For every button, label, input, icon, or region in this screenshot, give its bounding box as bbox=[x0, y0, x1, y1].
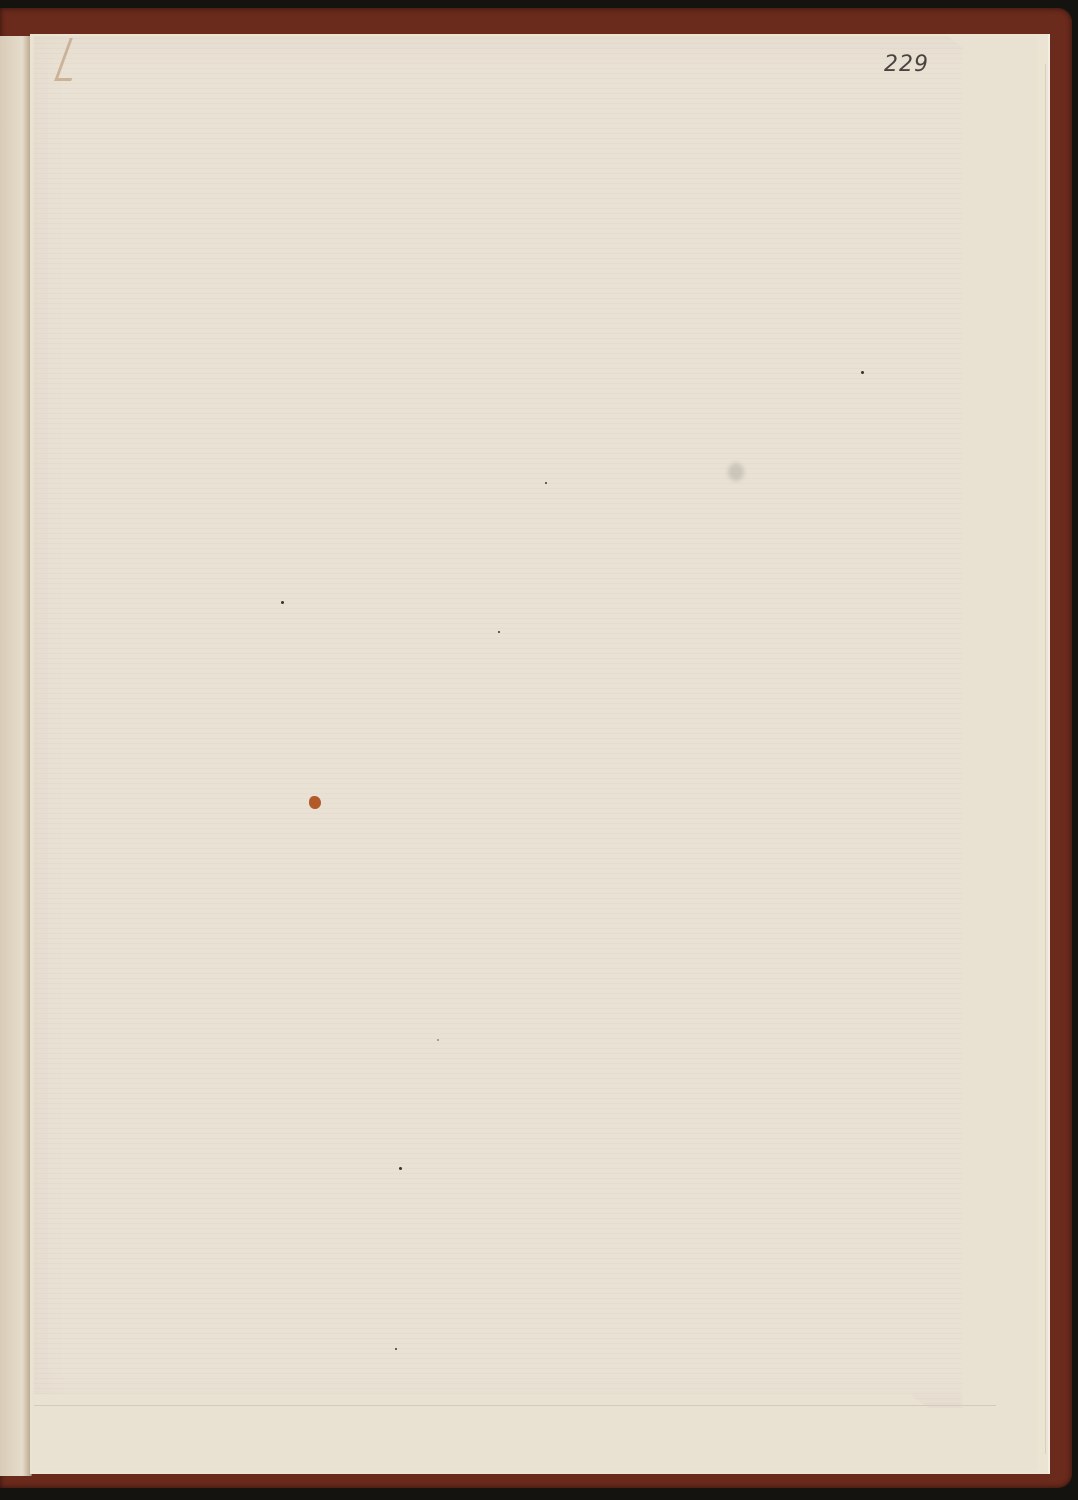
ink-dot bbox=[281, 601, 284, 604]
bottom-fold-line bbox=[34, 1405, 996, 1406]
ink-dot bbox=[437, 1039, 439, 1041]
ink-dot bbox=[861, 371, 864, 374]
facing-page-edge bbox=[0, 36, 32, 1476]
rust-stain bbox=[309, 796, 321, 809]
folio-number: 229 bbox=[884, 52, 929, 77]
ink-dot bbox=[399, 1167, 402, 1170]
ink-dot bbox=[545, 482, 547, 484]
grey-spot bbox=[728, 463, 744, 481]
ink-dot bbox=[498, 631, 500, 633]
manuscript-page bbox=[34, 36, 996, 1408]
ink-dot bbox=[395, 1348, 397, 1350]
page-edge-line bbox=[1045, 64, 1046, 1454]
